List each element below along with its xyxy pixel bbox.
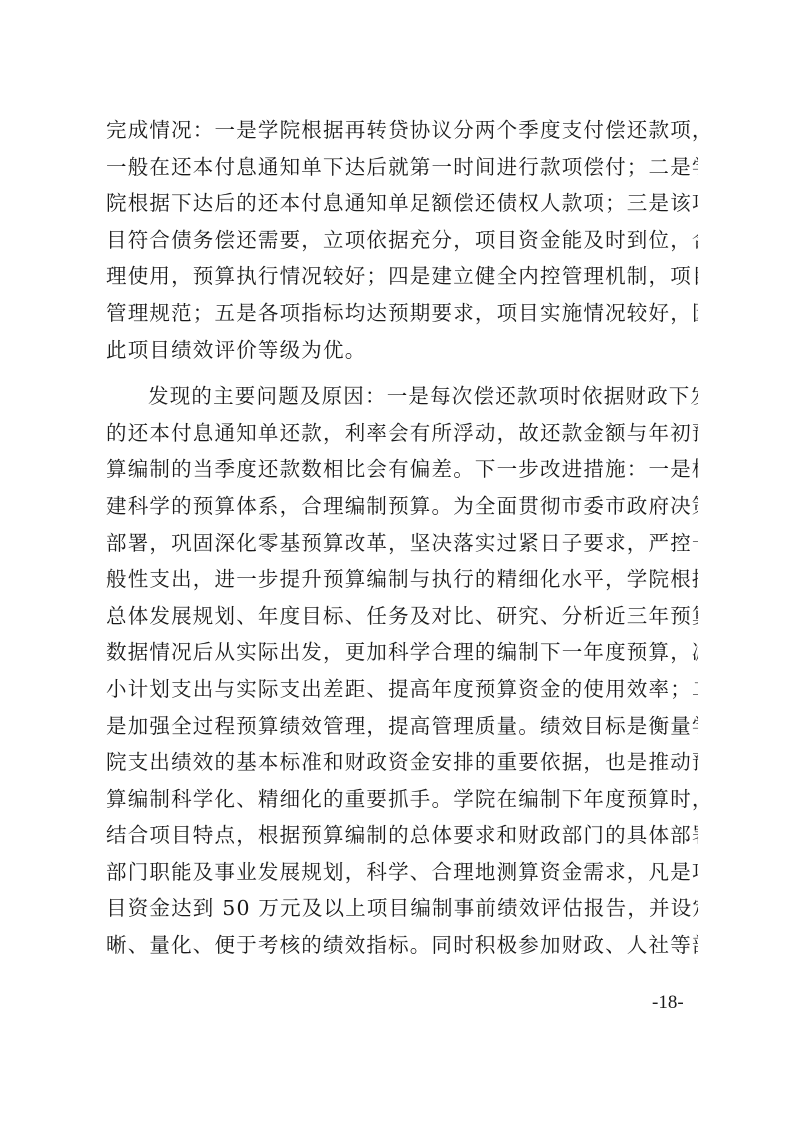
text-line: 完成情况：一是学院根据再转贷协议分两个季度支付偿还款项，	[106, 112, 698, 149]
paragraph-problems-and-improvements: 发现的主要问题及原因：一是每次偿还款项时依据财政下发 的还本付息通知单还款，利率…	[106, 378, 698, 964]
paragraph-spacer	[106, 368, 698, 378]
text-line: 数据情况后从实际出发，更加科学合理的编制下一年度预算，减	[106, 634, 698, 671]
text-line: 此项目绩效评价等级为优。	[106, 332, 698, 369]
text-line: 结合项目特点，根据预算编制的总体要求和财政部门的具体部署、	[106, 817, 698, 854]
text-line: 总体发展规划、年度目标、任务及对比、研究、分析近三年预算	[106, 598, 698, 635]
text-line: 部署，巩固深化零基预算改革，坚决落实过紧日子要求，严控一	[106, 525, 698, 562]
text-line: 理使用，预算执行情况较好；四是建立健全内控管理机制，项目	[106, 258, 698, 295]
text-line: 是加强全过程预算绩效管理，提高管理质量。绩效目标是衡量学	[106, 708, 698, 745]
text-line: 般性支出，进一步提升预算编制与执行的精细化水平，学院根据	[106, 561, 698, 598]
text-line: 院支出绩效的基本标准和财政资金安排的重要依据，也是推动预	[106, 744, 698, 781]
document-page: 完成情况：一是学院根据再转贷协议分两个季度支付偿还款项， 一般在还本付息通知单下…	[0, 0, 793, 1122]
paragraph-completion-status: 完成情况：一是学院根据再转贷协议分两个季度支付偿还款项， 一般在还本付息通知单下…	[106, 112, 698, 368]
text-line: 小计划支出与实际支出差距、提高年度预算资金的使用效率；二	[106, 671, 698, 708]
document-body: 完成情况：一是学院根据再转贷协议分两个季度支付偿还款项， 一般在还本付息通知单下…	[106, 112, 698, 964]
text-line: 的还本付息通知单还款，利率会有所浮动，故还款金额与年初预	[106, 415, 698, 452]
text-line: 目符合债务偿还需要，立项依据充分，项目资金能及时到位，合	[106, 222, 698, 259]
text-line: 目资金达到 50 万元及以上项目编制事前绩效评估报告，并设定清	[106, 890, 698, 927]
text-line: 院根据下达后的还本付息通知单足额偿还债权人款项；三是该项	[106, 185, 698, 222]
text-line: 算编制的当季度还款数相比会有偏差。下一步改进措施：一是构	[106, 451, 698, 488]
text-line: 晰、量化、便于考核的绩效指标。同时积极参加财政、人社等部	[106, 927, 698, 964]
text-line: 部门职能及事业发展规划，科学、合理地测算资金需求，凡是项	[106, 854, 698, 891]
text-line: 建科学的预算体系，合理编制预算。为全面贯彻市委市政府决策	[106, 488, 698, 525]
text-line: 发现的主要问题及原因：一是每次偿还款项时依据财政下发	[106, 378, 698, 415]
page-number: -18-	[652, 992, 684, 1014]
text-line: 管理规范；五是各项指标均达预期要求，项目实施情况较好，因	[106, 295, 698, 332]
text-line: 算编制科学化、精细化的重要抓手。学院在编制下年度预算时，	[106, 781, 698, 818]
text-line: 一般在还本付息通知单下达后就第一时间进行款项偿付；二是学	[106, 149, 698, 186]
